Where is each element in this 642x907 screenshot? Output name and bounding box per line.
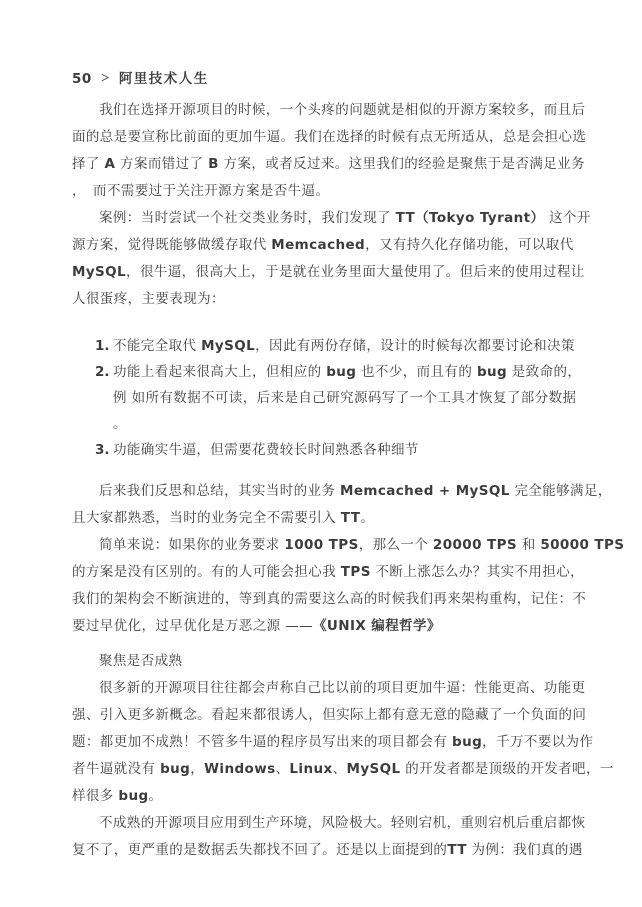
text-segment: 和 (517, 537, 540, 553)
page-number: 50 (72, 70, 92, 88)
paragraph: 简单来说：如果你的业务要求 1000 TPS，那么一个 20000 TPS 和 … (72, 532, 562, 640)
bold-term: bug (326, 364, 356, 380)
text-segment: ，又有持久化存储功能，可以取代 (365, 237, 574, 253)
section-heading: 聚焦是否成熟 (72, 648, 562, 675)
paragraph: 案例：当时尝试一个社交类业务时，我们发现了 TT（Tokyo Tyrant） 这… (72, 205, 562, 313)
bold-term: 1000 TPS (284, 537, 358, 553)
text-segment: 方案而错过了 (115, 156, 208, 172)
list-item-text: 功能上看起来很高大上，但相应的 bug 也不少，而且有的 bug 是致命的，例 … (113, 359, 581, 437)
text-segment: 为例：我们真的遇 (467, 842, 583, 858)
paragraph: 很多新的开源项目往往都会声称自己比以前的项目更加牛逼：性能更高、功能更强、引入更… (72, 675, 562, 810)
text-segment: ，千万不要以为作 (482, 734, 593, 750)
text-line: 题：都更加不成熟！不管多牛逼的程序员写出来的项目都会有 bug，千万不要以为作 (72, 729, 562, 756)
text-segment: 。 (360, 510, 374, 526)
text-segment: 例 如所有数据不可读，后来是自己研究源码写了一个工具才恢复了部分数据 (113, 390, 576, 406)
text-segment: 简单来说：如果你的业务要求 (99, 537, 284, 553)
text-line: 样很多 bug。 (72, 783, 562, 810)
text-segment: 是致命的， (507, 364, 581, 380)
text-segment: 面的总是要宣称比前面的更加牛逼。我们在选择的时候有点无所适从，总是会担心选 (72, 129, 586, 145)
text-segment: 强、引入更多新概念。看起来都很诱人，但实际上都有意无意的隐藏了一个负面的问 (72, 707, 586, 723)
text-segment: 后来我们反思和总结，其实当时的业务 (99, 483, 340, 499)
page-content: 我们在选择开源项目的时候，一个头疼的问题就是相似的开源方案较多，而且后面的总是要… (72, 97, 562, 864)
text-segment: 这个开 (544, 210, 590, 226)
text-segment: 的方案是没有区别的。有的人可能会担心我 (72, 564, 341, 580)
bold-term: 《UNIX 编程哲学》 (313, 618, 441, 634)
text-line: 人很蛋疼，主要表现为： (72, 286, 562, 313)
text-line: 。 (113, 411, 581, 437)
text-line: 面的总是要宣称比前面的更加牛逼。我们在选择的时候有点无所适从，总是会担心选 (72, 124, 562, 151)
bold-term: Windows (204, 761, 275, 777)
page-header: 50 ＞ 阿里技术人生 (72, 70, 562, 88)
bold-term: Linux (289, 761, 332, 777)
text-segment: 我们的架构会不断演进的，等到真的需要这么高的时候我们再来架构重构，记住：不 (72, 591, 586, 607)
text-line: ， 而不需要过于关注开源方案是否牛逼。 (72, 178, 562, 205)
bold-term: bug (477, 364, 507, 380)
bold-term: Memcached (271, 237, 365, 253)
text-line: 强、引入更多新概念。看起来都很诱人，但实际上都有意无意的隐藏了一个负面的问 (72, 702, 562, 729)
text-line: 且大家都熟悉，当时的业务完全不需要引入 TT。 (72, 505, 562, 532)
text-line: 我们的架构会不断演进的，等到真的需要这么高的时候我们再来架构重构，记住：不 (72, 586, 562, 613)
text-segment: 不成熟的开源项目应用到生产环境，风险极大。轻则宕机，重则宕机后重启都恢 (99, 815, 586, 831)
text-segment: 功能确实牛逼，但需要花费较长时间熟悉各种细节 (113, 442, 419, 458)
bold-term: MySQL (201, 338, 255, 354)
text-line: 简单来说：如果你的业务要求 1000 TPS，那么一个 20000 TPS 和 … (72, 532, 562, 559)
text-segment: 。 (149, 788, 163, 804)
bold-term: bug (452, 734, 482, 750)
text-block: 50 ＞ 阿里技术人生 我们在选择开源项目的时候，一个头疼的问题就是相似的开源方… (72, 70, 562, 864)
text-segment: 要过早优化，过早优化是万恶之源 —— (72, 618, 313, 634)
book-title: 阿里技术人生 (119, 70, 209, 88)
text-segment: 很多新的开源项目往往都会声称自己比以前的项目更加牛逼：性能更高、功能更 (99, 680, 586, 696)
text-line: 的方案是没有区别的。有的人可能会担心我 TPS 不断上涨怎么办？其实不用担心， (72, 559, 562, 586)
bold-term: TPS (341, 564, 371, 580)
text-segment: 。 (113, 416, 127, 432)
list-item: 2.功能上看起来很高大上，但相应的 bug 也不少，而且有的 bug 是致命的，… (72, 359, 562, 437)
text-segment: 功能上看起来很高大上，但相应的 (113, 364, 326, 380)
text-segment: 、 (333, 761, 347, 777)
text-segment: ， 而不需要过于关注开源方案是否牛逼。 (72, 183, 329, 199)
text-line: 功能上看起来很高大上，但相应的 bug 也不少，而且有的 bug 是致命的， (113, 359, 581, 385)
text-segment: 且大家都熟悉，当时的业务完全不需要引入 (72, 510, 341, 526)
text-line: 聚焦是否成熟 (72, 648, 562, 675)
text-segment: 的开发者都是顶级的开发者吧，一 (401, 761, 614, 777)
bold-term: TT (447, 842, 467, 858)
text-line: 功能确实牛逼，但需要花费较长时间熟悉各种细节 (113, 437, 562, 463)
text-segment: 、 (276, 761, 290, 777)
bold-term: MySQL (347, 761, 401, 777)
text-line: 择了 A 方案而错过了 B 方案，或者反过来。这里我们的经验是聚焦于是否满足业务 (72, 151, 562, 178)
text-segment: 聚焦是否成熟 (99, 653, 182, 669)
text-segment: 方案，或者反过来。这里我们的经验是聚焦于是否满足业务 (219, 156, 585, 172)
text-line: 源方案，觉得既能够做缓存取代 Memcached，又有持久化存储功能，可以取代 (72, 232, 562, 259)
bold-term: MySQL (72, 264, 126, 280)
list-item: 3.功能确实牛逼，但需要花费较长时间熟悉各种细节 (72, 437, 562, 463)
text-segment: 案例：当时尝试一个社交类业务时，我们发现了 (99, 210, 396, 226)
bold-term: TT (341, 510, 361, 526)
list-item-number: 2. (95, 359, 113, 437)
bold-term: B (208, 156, 219, 172)
text-segment: ，因此有两份存储，设计的时候每次都要讨论和决策 (255, 338, 575, 354)
text-line: 者牛逼就没有 bug，Windows、Linux、MySQL 的开发者都是顶级的… (72, 756, 562, 783)
text-line: 不成熟的开源项目应用到生产环境，风险极大。轻则宕机，重则宕机后重启都恢 (72, 810, 562, 837)
list-item-text: 功能确实牛逼，但需要花费较长时间熟悉各种细节 (113, 437, 562, 463)
text-line: 案例：当时尝试一个社交类业务时，我们发现了 TT（Tokyo Tyrant） 这… (72, 205, 562, 232)
text-segment: 不断上涨怎么办？其实不用担心， (371, 564, 584, 580)
text-line: 不能完全取代 MySQL，因此有两份存储，设计的时候每次都要讨论和决策 (113, 333, 575, 359)
text-line: 复不了，更严重的是数据丢失都找不回了。还是以上面提到的TT 为例：我们真的遇 (72, 837, 562, 864)
bold-term: bug (160, 761, 190, 777)
text-segment: 完全能够满足， (510, 483, 612, 499)
text-line: 我们在选择开源项目的时候，一个头疼的问题就是相似的开源方案较多，而且后 (72, 97, 562, 124)
text-segment: 择了 (72, 156, 105, 172)
text-line: 例 如所有数据不可读，后来是自己研究源码写了一个工具才恢复了部分数据 (113, 385, 581, 411)
text-line: 后来我们反思和总结，其实当时的业务 Memcached + MySQL 完全能够… (72, 478, 562, 505)
list-item: 1.不能完全取代 MySQL，因此有两份存储，设计的时候每次都要讨论和决策 (72, 333, 562, 359)
text-segment: ，那么一个 (359, 537, 433, 553)
bold-term: TT（Tokyo Tyrant） (396, 210, 545, 226)
text-segment: 我们在选择开源项目的时候，一个头疼的问题就是相似的开源方案较多，而且后 (99, 102, 586, 118)
text-segment: 题：都更加不成熟！不管多牛逼的程序员写出来的项目都会有 (72, 734, 452, 750)
text-segment: 样很多 (72, 788, 118, 804)
paragraph: 我们在选择开源项目的时候，一个头疼的问题就是相似的开源方案较多，而且后面的总是要… (72, 97, 562, 205)
paragraph: 后来我们反思和总结，其实当时的业务 Memcached + MySQL 完全能够… (72, 478, 562, 532)
book-page: 50 ＞ 阿里技术人生 我们在选择开源项目的时候，一个头疼的问题就是相似的开源方… (0, 0, 642, 907)
text-segment: 不能完全取代 (113, 338, 201, 354)
bold-term: 20000 TPS (433, 537, 517, 553)
text-line: 很多新的开源项目往往都会声称自己比以前的项目更加牛逼：性能更高、功能更 (72, 675, 562, 702)
list-item-number: 1. (95, 333, 113, 359)
bold-term: 50000 TPS (540, 537, 624, 553)
text-line: MySQL，很牛逼，很高大上，于是就在业务里面大量使用了。但后来的使用过程让 (72, 259, 562, 286)
text-segment: ， (190, 761, 204, 777)
bold-term: A (105, 156, 116, 172)
ordered-list: 1.不能完全取代 MySQL，因此有两份存储，设计的时候每次都要讨论和决策2.功… (72, 333, 562, 463)
text-segment: 也不少，而且有的 (356, 364, 477, 380)
text-segment: 复不了，更严重的是数据丢失都找不回了。还是以上面提到的 (72, 842, 447, 858)
text-segment: 人很蛋疼，主要表现为： (72, 291, 225, 307)
chevron-separator-icon: ＞ (101, 70, 110, 88)
list-item-text: 不能完全取代 MySQL，因此有两份存储，设计的时候每次都要讨论和决策 (113, 333, 575, 359)
bold-term: Memcached + MySQL (340, 483, 510, 499)
paragraph: 不成熟的开源项目应用到生产环境，风险极大。轻则宕机，重则宕机后重启都恢复不了，更… (72, 810, 562, 864)
list-item-number: 3. (95, 437, 113, 463)
text-segment: ，很牛逼，很高大上，于是就在业务里面大量使用了。但后来的使用过程让 (126, 264, 585, 280)
text-segment: 源方案，觉得既能够做缓存取代 (72, 237, 271, 253)
text-line: 要过早优化，过早优化是万恶之源 ——《UNIX 编程哲学》 (72, 613, 562, 640)
text-segment: 者牛逼就没有 (72, 761, 160, 777)
bold-term: bug (118, 788, 148, 804)
